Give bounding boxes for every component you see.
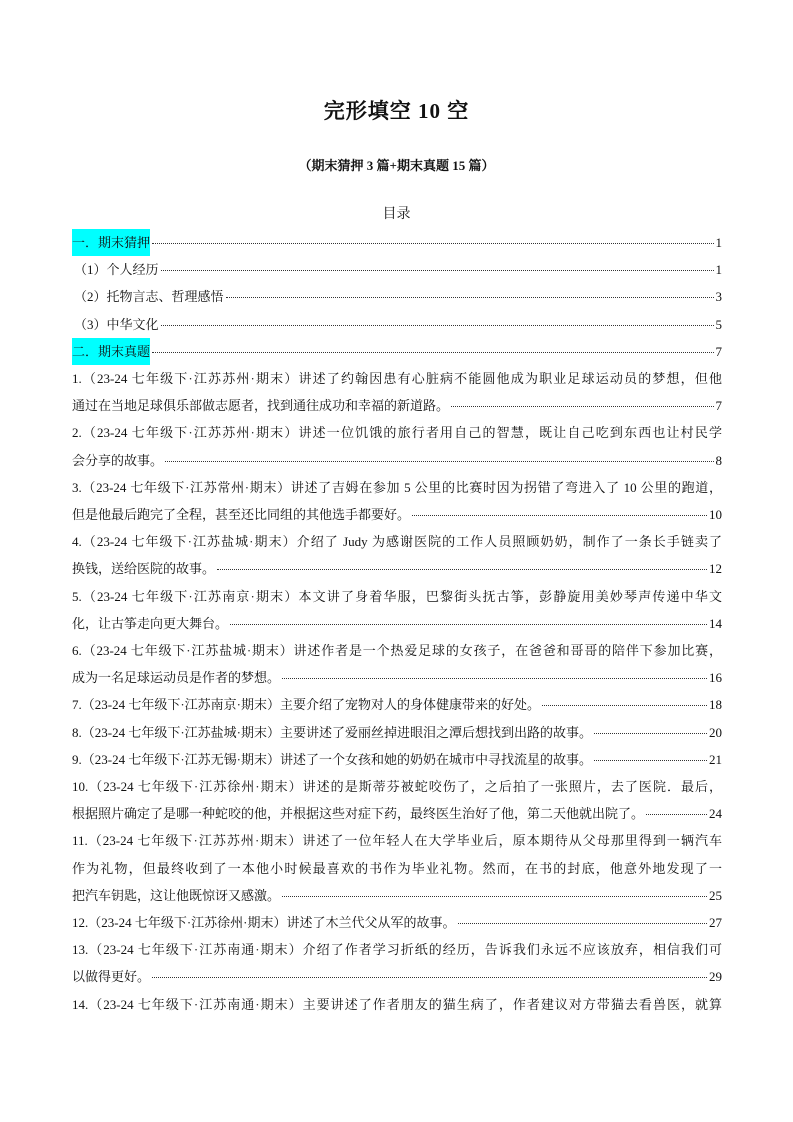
toc-section-2[interactable]: 二．期末真题 7: [72, 338, 722, 365]
toc-page-number: 25: [709, 882, 722, 909]
toc-entry-line: 14.（23-24 七年级下·江苏南通·期末）主要讲述了作者朋友的猫生病了，作者…: [72, 991, 722, 1018]
toc-entry-line: 8.（23-24 七年级下·江苏盐城·期末）主要讲述了爱丽丝掉进眼泪之潭后想找到…: [72, 719, 592, 746]
toc-subsection-label: （3）中华文化: [74, 311, 159, 338]
toc-page-number: 16: [709, 664, 722, 691]
toc-subsection-2[interactable]: （2）托物言志、哲理感悟 3: [72, 283, 722, 310]
toc-entry-line: 7.（23-24 七年级下·江苏南京·期末）主要介绍了宠物对人的身体健康带来的好…: [72, 691, 540, 718]
toc-subsection-label: （1）个人经历: [74, 256, 159, 283]
toc-entry-line: 通过在当地足球俱乐部做志愿者，找到通往成功和幸福的新道路。: [72, 392, 449, 419]
toc-entry-11[interactable]: 11.（23-24 七年级下·江苏苏州·期末）讲述了一位年轻人在大学毕业后，原本…: [72, 827, 722, 909]
toc-entry-line: 化，让古筝走向更大舞台。: [72, 610, 228, 637]
toc-entry-5[interactable]: 5.（23-24 七年级下·江苏南京·期末）本文讲了身着华服，巴黎街头抚古筝，彭…: [72, 583, 722, 637]
toc-page-number: 7: [716, 392, 723, 419]
toc-page-number: 21: [709, 746, 722, 773]
toc-entry-line: 10.（23-24 七年级下·江苏徐州·期末）讲述的是斯蒂芬被蛇咬伤了，之后拍了…: [72, 773, 722, 800]
dot-leader: [458, 923, 708, 924]
document-title: 完形填空 10 空: [0, 95, 793, 125]
toc-entry-line: 但是他最后跑完了全程，甚至还比同组的其他选手都要好。: [72, 501, 410, 528]
dot-leader: [152, 352, 713, 353]
dot-leader: [230, 624, 707, 625]
dot-leader: [165, 461, 713, 462]
toc-page-number: 1: [716, 229, 723, 256]
toc-page-number: 5: [716, 311, 723, 338]
dot-leader: [594, 733, 707, 734]
toc-page-number: 18: [709, 691, 722, 718]
dot-leader: [594, 760, 707, 761]
toc-entry-line: 5.（23-24 七年级下·江苏南京·期末）本文讲了身着华服，巴黎街头抚古筝，彭…: [72, 583, 722, 610]
document-subtitle: （期末猜押 3 篇+期末真题 15 篇）: [0, 155, 793, 174]
toc-entry-4[interactable]: 4.（23-24 七年级下·江苏盐城·期末）介绍了 Judy 为感谢医院的工作人…: [72, 528, 722, 582]
dot-leader: [161, 270, 714, 271]
toc-entry-line: 换钱，送给医院的故事。: [72, 555, 215, 582]
toc-entry-line: 12.（23-24 七年级下·江苏徐州·期末）讲述了木兰代父从军的故事。: [72, 909, 456, 936]
toc-page-number: 8: [716, 447, 723, 474]
toc-heading: 目录: [0, 203, 793, 223]
toc-entry-line: 4.（23-24 七年级下·江苏盐城·期末）介绍了 Judy 为感谢医院的工作人…: [72, 528, 722, 555]
toc-entry-line: 9.（23-24 七年级下·江苏无锡·期末）讲述了一个女孩和她的奶奶在城市中寻找…: [72, 746, 592, 773]
dot-leader: [282, 678, 707, 679]
toc-entry-10[interactable]: 10.（23-24 七年级下·江苏徐州·期末）讲述的是斯蒂芬被蛇咬伤了，之后拍了…: [72, 773, 722, 827]
toc-section-label: 一．期末猜押: [72, 229, 150, 256]
toc-entry-line: 3.（23-24 七年级下·江苏常州·期末）讲述了吉姆在参加 5 公里的比赛时因…: [72, 474, 722, 501]
dot-leader: [412, 515, 707, 516]
toc-entry-line: 成为一名足球运动员是作者的梦想。: [72, 664, 280, 691]
toc-entry-1[interactable]: 1.（23-24 七年级下·江苏苏州·期末）讲述了约翰因患有心脏病不能圆他成为职…: [72, 365, 722, 419]
table-of-contents: 一．期末猜押 1 （1）个人经历 1 （2）托物言志、哲理感悟 3 （3）中华文…: [72, 229, 722, 1018]
toc-entry-line: 1.（23-24 七年级下·江苏苏州·期末）讲述了约翰因患有心脏病不能圆他成为职…: [72, 365, 722, 392]
toc-entry-line: 以做得更好。: [72, 963, 150, 990]
toc-entry-line: 会分享的故事。: [72, 447, 163, 474]
dot-leader: [282, 896, 707, 897]
dot-leader: [152, 977, 707, 978]
toc-entry-line: 6.（23-24 七年级下·江苏盐城·期末）讲述作者是一个热爱足球的女孩子，在爸…: [72, 637, 722, 664]
toc-page-number: 20: [709, 719, 722, 746]
toc-subsection-label: （2）托物言志、哲理感悟: [74, 283, 224, 310]
toc-page-number: 27: [709, 909, 722, 936]
toc-section-label: 二．期末真题: [72, 338, 150, 365]
dot-leader: [161, 325, 714, 326]
dot-leader: [542, 705, 707, 706]
toc-entry-line: 根据照片确定了是哪一种蛇咬的他，并根据这些对症下药，最终医生治好了他，第二天他就…: [72, 800, 644, 827]
toc-page-number: 1: [716, 256, 723, 283]
toc-entry-line: 13.（23-24 七年级下·江苏南通·期末）介绍了作者学习折纸的经历，告诉我们…: [72, 936, 722, 963]
toc-subsection-3[interactable]: （3）中华文化 5: [72, 311, 722, 338]
toc-entry-2[interactable]: 2.（23-24 七年级下·江苏苏州·期末）讲述一位饥饿的旅行者用自己的智慧，既…: [72, 419, 722, 473]
toc-entry-13[interactable]: 13.（23-24 七年级下·江苏南通·期末）介绍了作者学习折纸的经历，告诉我们…: [72, 936, 722, 990]
toc-entry-6[interactable]: 6.（23-24 七年级下·江苏盐城·期末）讲述作者是一个热爱足球的女孩子，在爸…: [72, 637, 722, 691]
dot-leader: [152, 243, 713, 244]
toc-page-number: 14: [709, 610, 722, 637]
toc-entry-9[interactable]: 9.（23-24 七年级下·江苏无锡·期末）讲述了一个女孩和她的奶奶在城市中寻找…: [72, 746, 722, 773]
dot-leader: [226, 297, 714, 298]
toc-entry-7[interactable]: 7.（23-24 七年级下·江苏南京·期末）主要介绍了宠物对人的身体健康带来的好…: [72, 691, 722, 718]
toc-entry-12[interactable]: 12.（23-24 七年级下·江苏徐州·期末）讲述了木兰代父从军的故事。27: [72, 909, 722, 936]
toc-page-number: 10: [709, 501, 722, 528]
toc-entry-line: 11.（23-24 七年级下·江苏苏州·期末）讲述了一位年轻人在大学毕业后，原本…: [72, 827, 722, 854]
toc-subsection-1[interactable]: （1）个人经历 1: [72, 256, 722, 283]
toc-page-number: 29: [709, 963, 722, 990]
toc-page-number: 7: [716, 338, 723, 365]
toc-entry-3[interactable]: 3.（23-24 七年级下·江苏常州·期末）讲述了吉姆在参加 5 公里的比赛时因…: [72, 474, 722, 528]
toc-entry-8[interactable]: 8.（23-24 七年级下·江苏盐城·期末）主要讲述了爱丽丝掉进眼泪之潭后想找到…: [72, 719, 722, 746]
toc-page-number: 24: [709, 800, 722, 827]
toc-page-number: 12: [709, 555, 722, 582]
toc-section-1[interactable]: 一．期末猜押 1: [72, 229, 722, 256]
toc-entry-line: 作为礼物，但最终收到了一本他小时候最喜欢的书作为毕业礼物。然而，在书的封底，他意…: [72, 855, 722, 882]
toc-page-number: 3: [716, 283, 723, 310]
toc-entry-line: 把汽车钥匙，这让他既惊讶又感激。: [72, 882, 280, 909]
dot-leader: [217, 569, 707, 570]
toc-entry-14[interactable]: 14.（23-24 七年级下·江苏南通·期末）主要讲述了作者朋友的猫生病了，作者…: [72, 991, 722, 1018]
dot-leader: [451, 406, 713, 407]
toc-entry-line: 2.（23-24 七年级下·江苏苏州·期末）讲述一位饥饿的旅行者用自己的智慧，既…: [72, 419, 722, 446]
dot-leader: [646, 814, 707, 815]
